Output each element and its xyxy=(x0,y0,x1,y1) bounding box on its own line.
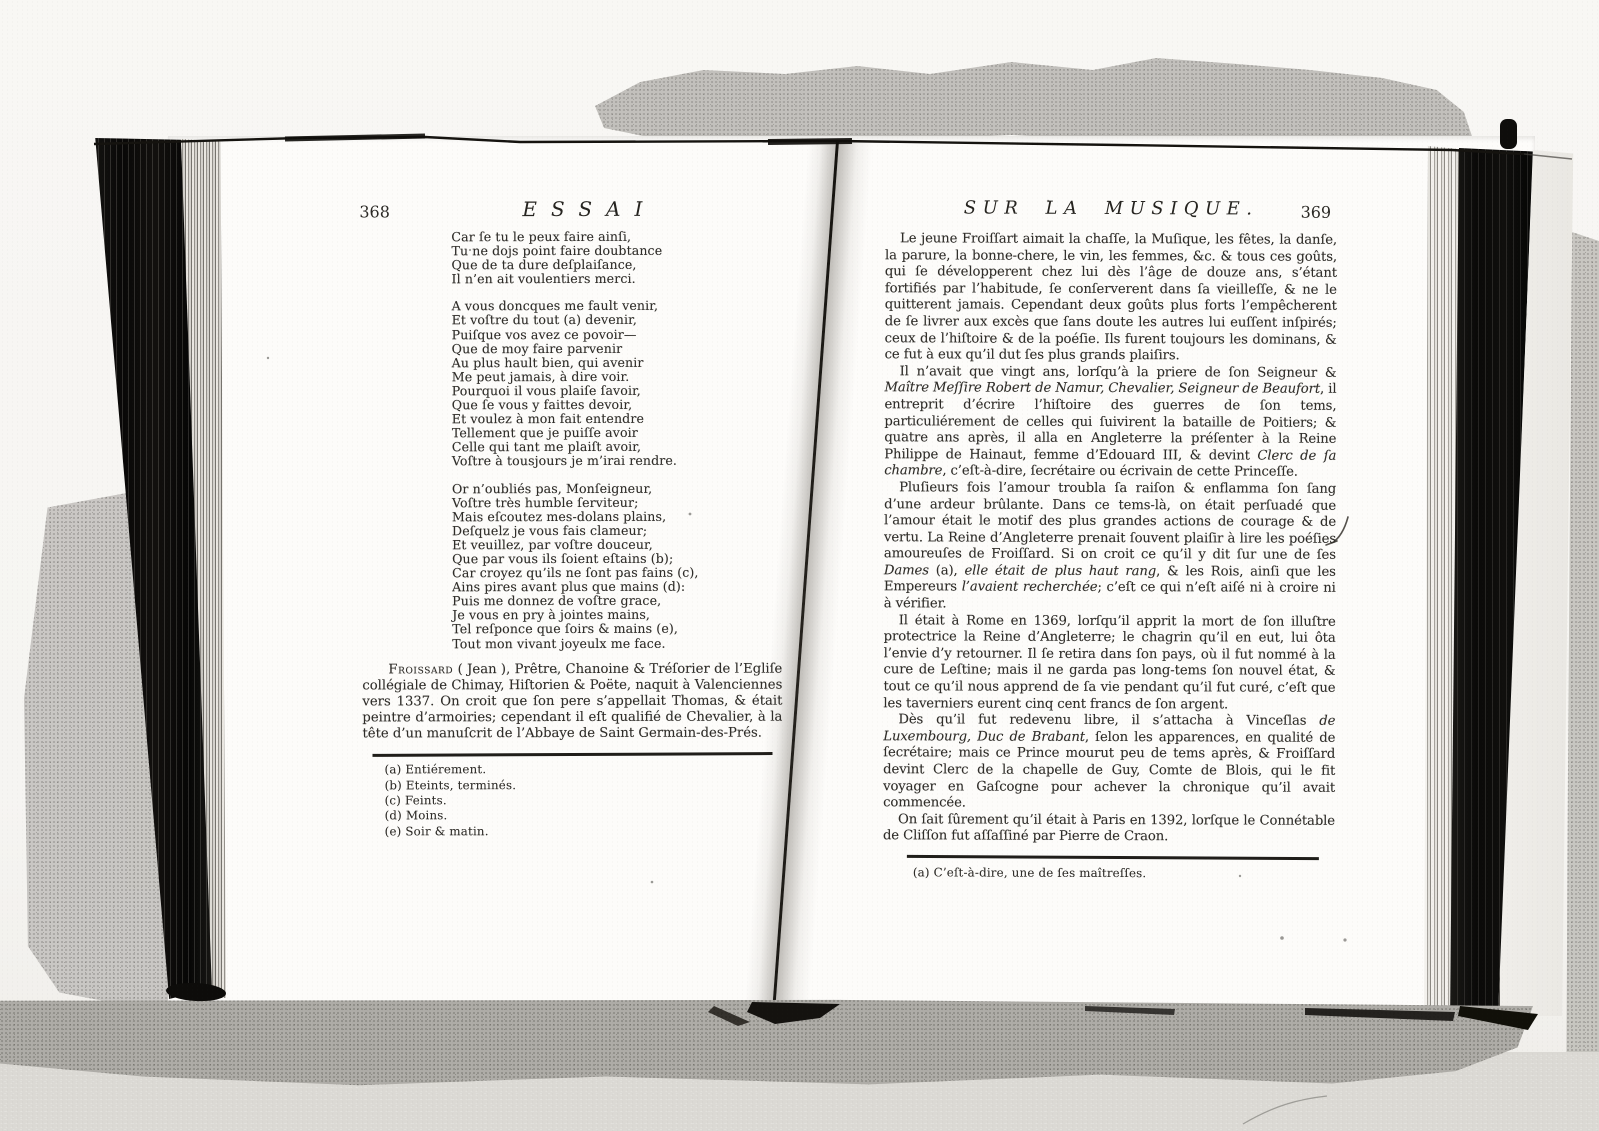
text-segment: , c’eſt-à-dire, ſecrétaire ou écrivain d… xyxy=(942,464,1298,480)
footnote-line: (a) Entiérement. xyxy=(385,762,783,778)
text-segment: Pluſieurs fois l’amour troubla ſa raiſon… xyxy=(884,480,1336,563)
book-clasp xyxy=(1500,119,1517,149)
poem-line: Deſquelz je vous fais clameur; xyxy=(452,523,782,538)
bottom-right-corner-mark xyxy=(1458,1006,1538,1030)
footnotes-left: (a) Entiérement.(b) Eteints, terminés.(c… xyxy=(385,762,783,840)
poem-stanza: A vous doncques me fault venir,Et voſtre… xyxy=(452,299,782,469)
book-edges-overlay xyxy=(0,0,1599,1131)
text-segment: Maître Meſſire Robert de Namur, Chevalie… xyxy=(884,381,1320,398)
gutter-bottom-blob xyxy=(747,1002,840,1024)
poem-stanza: Car ſe tu le peux faire ainſi,Tu ne dojs… xyxy=(451,230,781,287)
text-segment: Le jeune Froiſſart aimait la chaſſe, la … xyxy=(885,231,1337,363)
body-paragraph: Le jeune Froiſſart aimait la chaſſe, la … xyxy=(885,231,1337,365)
poem-line: Puiſque vos avez ce povoir— xyxy=(452,327,782,342)
froissard-paragraph: Froissard ( Jean ), Prêtre, Chanoine & T… xyxy=(362,661,782,742)
page-number-right: 369 xyxy=(1301,203,1332,222)
book-scan-scene: 368 ESSAI Car ſe tu le peux faire ainſi,… xyxy=(0,0,1599,1131)
poem-stanza: Or n’oubliés pas, Monſeigneur,Voſtre trè… xyxy=(452,481,782,651)
footnote-rule-right xyxy=(907,855,1319,860)
page-right-header: SUR LA MUSIQUE. 369 xyxy=(885,195,1337,225)
bottom-edge-mark xyxy=(1305,1008,1455,1021)
running-title-left: ESSAI xyxy=(479,197,699,221)
text-segment: elle était de plus haut rang xyxy=(964,563,1156,579)
page-left: 368 ESSAI Car ſe tu le peux faire ainſi,… xyxy=(351,196,782,840)
top-edge-thick-mark xyxy=(285,136,425,139)
footnote-line: (b) Eteints, terminés. xyxy=(385,777,783,793)
poem-line: Tout mon vivant joyeulx me face. xyxy=(452,636,782,651)
poem-line: Et voſtre du tout (a) devenir, xyxy=(452,313,782,328)
page-number-left: 368 xyxy=(359,202,390,221)
poem-line: Or n’oubliés pas, Monſeigneur, xyxy=(452,481,782,496)
poem-line: Au plus hault bien, qui avenir xyxy=(452,355,782,370)
text-segment: Dames xyxy=(884,563,929,578)
body-paragraph: Il était à Rome en 1369, lorſqu’il appri… xyxy=(883,613,1335,714)
footnote-right: (a) C’eſt-à-dire, une de ſes maîtreſſes. xyxy=(913,866,1335,881)
poem-line: Mais eſcoutez mes-dolans plains, xyxy=(452,509,782,524)
poem-line: Il n’en ait voulentiers merci. xyxy=(451,272,781,287)
poem-line: Voſtre à tousjours je m’irai rendre. xyxy=(452,454,782,469)
cover-top-edge-line xyxy=(1524,154,1572,159)
text-segment: Il n’avait que vingt ans, lorſqu’à la pr… xyxy=(900,364,1337,381)
footnote-line: (d) Moins. xyxy=(385,808,783,824)
right-paragraphs: Le jeune Froiſſart aimait la chaſſe, la … xyxy=(883,231,1337,847)
text-segment: l’avaient recherchée xyxy=(962,580,1098,595)
text-segment: Il était à Rome en 1369, lorſqu’il appri… xyxy=(883,613,1335,712)
footnote-rule-left xyxy=(372,752,772,756)
poem-line: Tel reſponce que ſoirs & mains (e), xyxy=(452,622,782,637)
top-edge-gutter-blob xyxy=(768,141,852,142)
poem-line: Que de moy faire parvenir xyxy=(452,341,782,356)
body-paragraph: On ſait ſûrement qu’il était à Paris en … xyxy=(883,812,1335,847)
left-band-bottom-blob xyxy=(166,981,227,1002)
bottom-edge-mark xyxy=(1085,1006,1175,1015)
body-paragraph: Il n’avait que vingt ans, lorſqu’à la pr… xyxy=(884,364,1336,482)
text-segment: Froissard xyxy=(388,662,453,677)
gutter-bottom-streak xyxy=(708,1006,750,1026)
footnote-line: (e) Soir & matin. xyxy=(385,823,783,839)
page-right: SUR LA MUSIQUE. 369 Le jeune Froiſſart a… xyxy=(883,195,1337,881)
surface-scratch xyxy=(1243,1096,1327,1124)
poem: Car ſe tu le peux faire ainſi,Tu ne dojs… xyxy=(451,230,782,651)
running-title-right: SUR LA MUSIQUE. xyxy=(885,197,1337,220)
text-segment: Dès qu’il fut redevenu libre, il s’attac… xyxy=(898,712,1319,728)
body-paragraph: Dès qu’il fut redevenu libre, il s’attac… xyxy=(883,712,1335,813)
text-segment: (a), xyxy=(929,563,965,578)
footnote-line: (c) Feints. xyxy=(385,792,783,808)
poem-line: Voſtre très humble ſerviteur; xyxy=(452,495,782,510)
text-segment: On ſait ſûrement qu’il était à Paris en … xyxy=(883,812,1335,845)
page-left-header: 368 ESSAI xyxy=(351,196,781,225)
body-paragraph: Pluſieurs fois l’amour troubla ſa raiſon… xyxy=(884,480,1336,614)
